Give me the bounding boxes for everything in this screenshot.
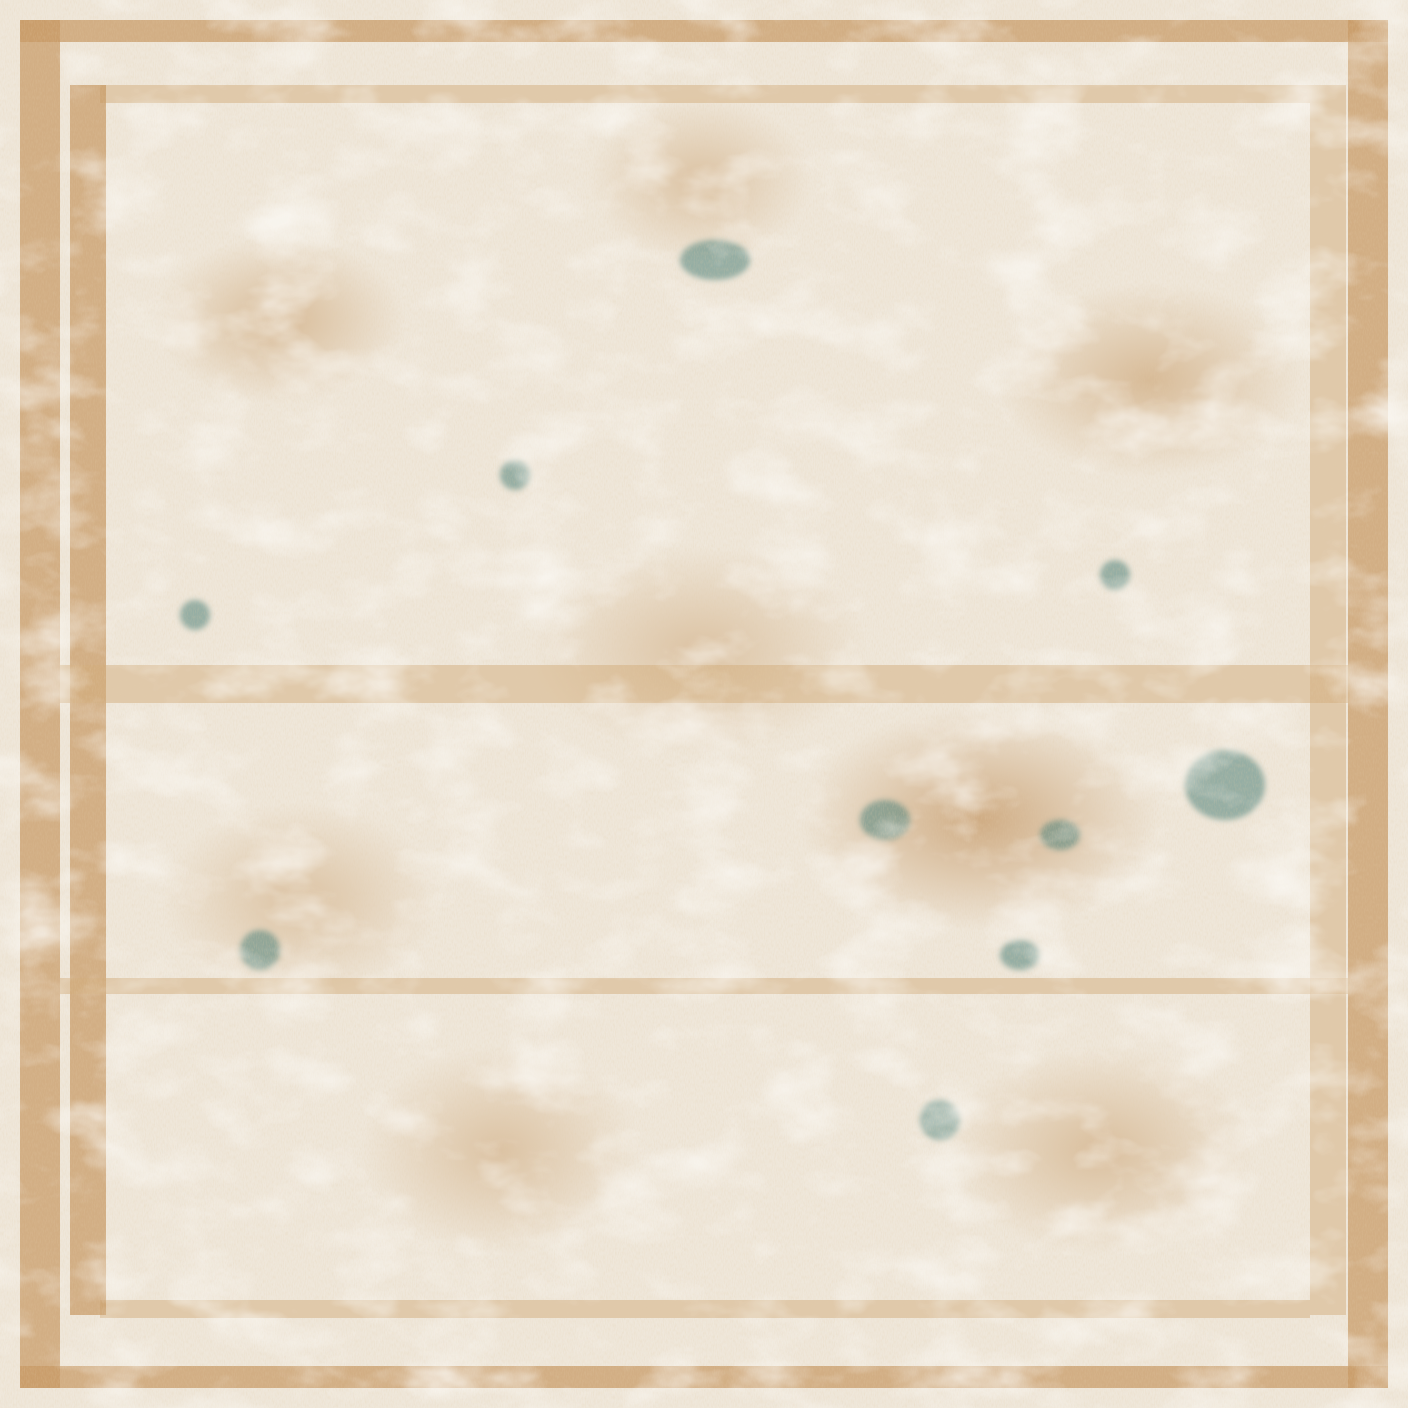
texture-overlay [0,0,1408,1408]
rug-photo [0,0,1408,1408]
